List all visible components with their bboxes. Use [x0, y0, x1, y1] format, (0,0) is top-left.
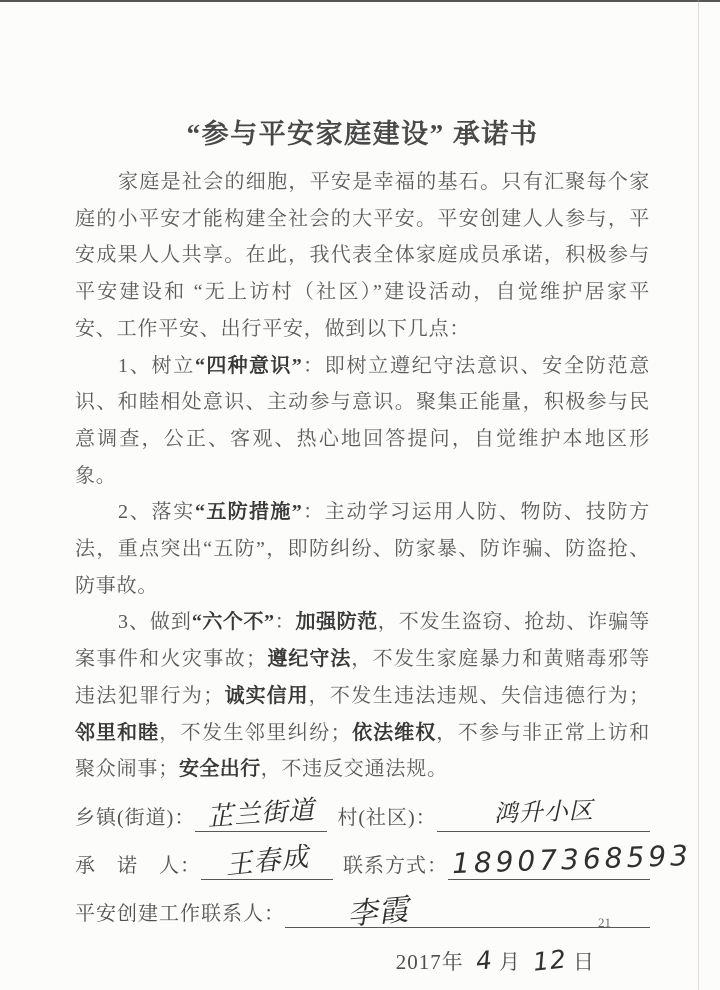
- emphasis-text: 安全出行: [179, 758, 261, 780]
- date-month-unit: 月: [499, 950, 521, 974]
- emphasis-text: “四种意识”: [195, 355, 302, 377]
- body-text: 2、落实: [118, 501, 195, 523]
- body-text: 1、树立: [118, 355, 195, 377]
- liaison-blank-line: 李霞: [285, 879, 650, 928]
- point-paragraph-3: 3、做到“六个不”：加强防范，不发生盗窃、抢劫、诈骗等案事件和火灾事故；遵纪守法…: [75, 604, 650, 788]
- scan-right-edge-line: [698, 0, 699, 990]
- date-year-unit: 年: [442, 950, 464, 974]
- body-text: ，不发生邻里纠纷；: [159, 722, 351, 744]
- document-page: “参与平安家庭建设” 承诺书 家庭是社会的细胞，平安是幸福的基石。只有汇聚每个家…: [75, 0, 650, 982]
- emphasis-text: 依法维权: [351, 722, 436, 744]
- form-row-township-village: 乡镇(街道)： 芷兰街道 村(社区)： 鸿升小区: [75, 792, 650, 832]
- date-day-unit: 日: [573, 950, 595, 974]
- emphasis-text: 遵纪守法: [267, 648, 351, 670]
- intro-paragraph: 家庭是社会的细胞，平安是幸福的基石。只有汇聚每个家庭的小平安才能构建全社会的大平…: [75, 164, 650, 348]
- body-text: ：: [274, 611, 295, 633]
- body-text: ，不违反交通法规。: [261, 758, 448, 780]
- date-line: 2017年 4月 12日: [75, 946, 650, 982]
- date-year: 2017: [396, 950, 442, 974]
- township-handwritten-value: 芷兰街道: [194, 788, 328, 834]
- emphasis-text: “六个不”: [192, 611, 275, 633]
- emphasis-text: “五防措施”: [195, 501, 302, 523]
- emphasis-text: 诚实信用: [224, 685, 308, 707]
- promisor-blank-line: 王春成: [201, 831, 333, 880]
- township-blank-line: 芷兰街道: [195, 791, 327, 832]
- village-label: 村(社区)：: [337, 801, 436, 832]
- point-paragraph-2: 2、落实“五防措施”：主动学习运用人防、物防、技防方法，重点突出“五防”，即防纠…: [75, 494, 650, 604]
- promisor-label: 承 诺 人：: [75, 849, 201, 880]
- emphasis-text: 加强防范: [296, 611, 378, 633]
- village-blank-line: 鸿升小区: [437, 791, 650, 832]
- date-month-handwritten: 4: [475, 945, 495, 976]
- body-text: ，不发生违法违规、失信违德行为；: [309, 685, 650, 707]
- emphasis-text: 邻里和睦: [75, 722, 159, 744]
- body-text: 3、做到: [118, 611, 192, 633]
- village-handwritten-value: 鸿升小区: [436, 788, 650, 830]
- date-day-handwritten: 12: [532, 944, 569, 976]
- point-paragraph-1: 1、树立“四种意识”：即树立遵纪守法意识、安全防范意识、和睦相处意识、主动参与意…: [75, 348, 650, 495]
- contact-label: 联系方式：: [343, 849, 448, 880]
- liaison-signature: 李霞: [345, 884, 411, 933]
- form-row-liaison: 平安创建工作联系人： 李霞: [75, 880, 650, 928]
- form-row-promisor-contact: 承 诺 人： 王春成 联系方式： 18907368593: [75, 832, 650, 880]
- liaison-label: 平安创建工作联系人：: [75, 897, 285, 928]
- document-title: “参与平安家庭建设” 承诺书: [75, 112, 650, 151]
- page-number: 21: [598, 915, 611, 931]
- promisor-signature: 王春成: [199, 832, 334, 885]
- form-section: 乡镇(街道)： 芷兰街道 村(社区)： 鸿升小区 承 诺 人： 王春成 联系方式…: [75, 792, 650, 928]
- township-label: 乡镇(街道)：: [75, 801, 195, 832]
- contact-blank-line: 18907368593: [448, 831, 650, 880]
- contact-phone-handwritten-value: 18907368593: [451, 839, 692, 880]
